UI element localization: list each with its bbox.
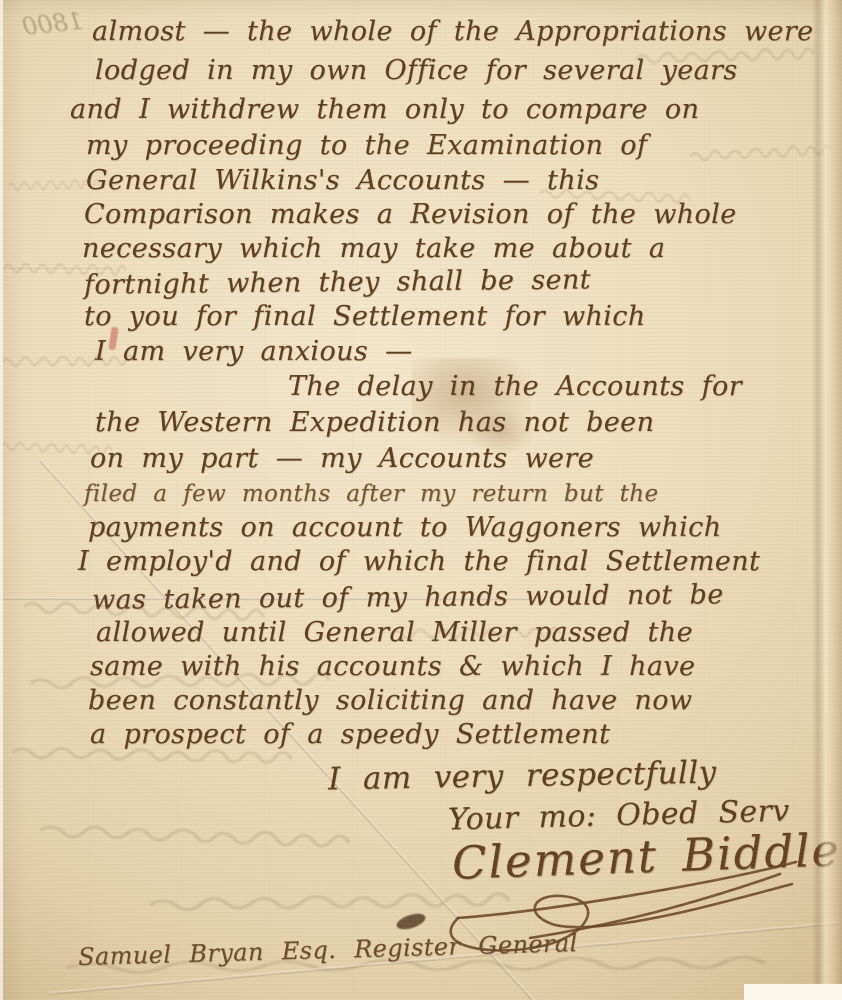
letter-page: 1800 almost — the whole of the Appropria… xyxy=(0,0,842,1000)
letter-line: necessary which may take me about a xyxy=(82,233,665,264)
letter-line: a prospect of a speedy Settlement xyxy=(90,719,610,750)
letter-line: I am very anxious — xyxy=(95,336,413,367)
addressee-line: Samuel Bryan Esq. Register General xyxy=(78,929,578,971)
letter-line: General Wilkins's Accounts — this xyxy=(86,165,599,196)
letter-line: filed a few months after my return but t… xyxy=(84,481,659,507)
closing-line: I am very respectfully xyxy=(328,755,717,798)
ghost-year-showthrough: 1800 xyxy=(21,7,85,41)
letter-line: payments on account to Waggoners which xyxy=(88,512,722,543)
letter-line: was taken out of my hands would not be xyxy=(92,579,724,616)
letter-line: Comparison makes a Revision of the whole xyxy=(84,199,737,230)
letter-line: lodged in my own Office for several year… xyxy=(95,55,738,86)
letter-line: fortnight when they shall be sent xyxy=(84,264,591,300)
letter-line: allowed until General Miller passed the xyxy=(96,617,693,648)
right-page-edge xyxy=(812,0,842,1000)
letter-line: and I withdrew them only to compare on xyxy=(70,94,699,125)
letter-line: same with his accounts & which I have xyxy=(90,651,695,682)
letter-line: I employ'd and of which the final Settle… xyxy=(78,546,760,577)
letter-line: the Western Expedition has not been xyxy=(95,407,654,438)
letter-line: almost — the whole of the Appropriations… xyxy=(92,16,814,47)
ink-blot xyxy=(395,911,428,933)
letter-line: The delay in the Accounts for xyxy=(288,371,742,402)
letter-line: my proceeding to the Examination of xyxy=(86,130,647,161)
letter-line: to you for final Settlement for which xyxy=(84,301,646,332)
showthrough-writing xyxy=(150,885,510,919)
letter-line: been constantly soliciting and have now xyxy=(88,685,692,716)
letter-line: on my part — my Accounts were xyxy=(90,443,594,474)
showthrough-writing xyxy=(40,817,351,856)
bottom-scan-edge xyxy=(744,984,842,1000)
left-page-edge xyxy=(0,0,3,1000)
